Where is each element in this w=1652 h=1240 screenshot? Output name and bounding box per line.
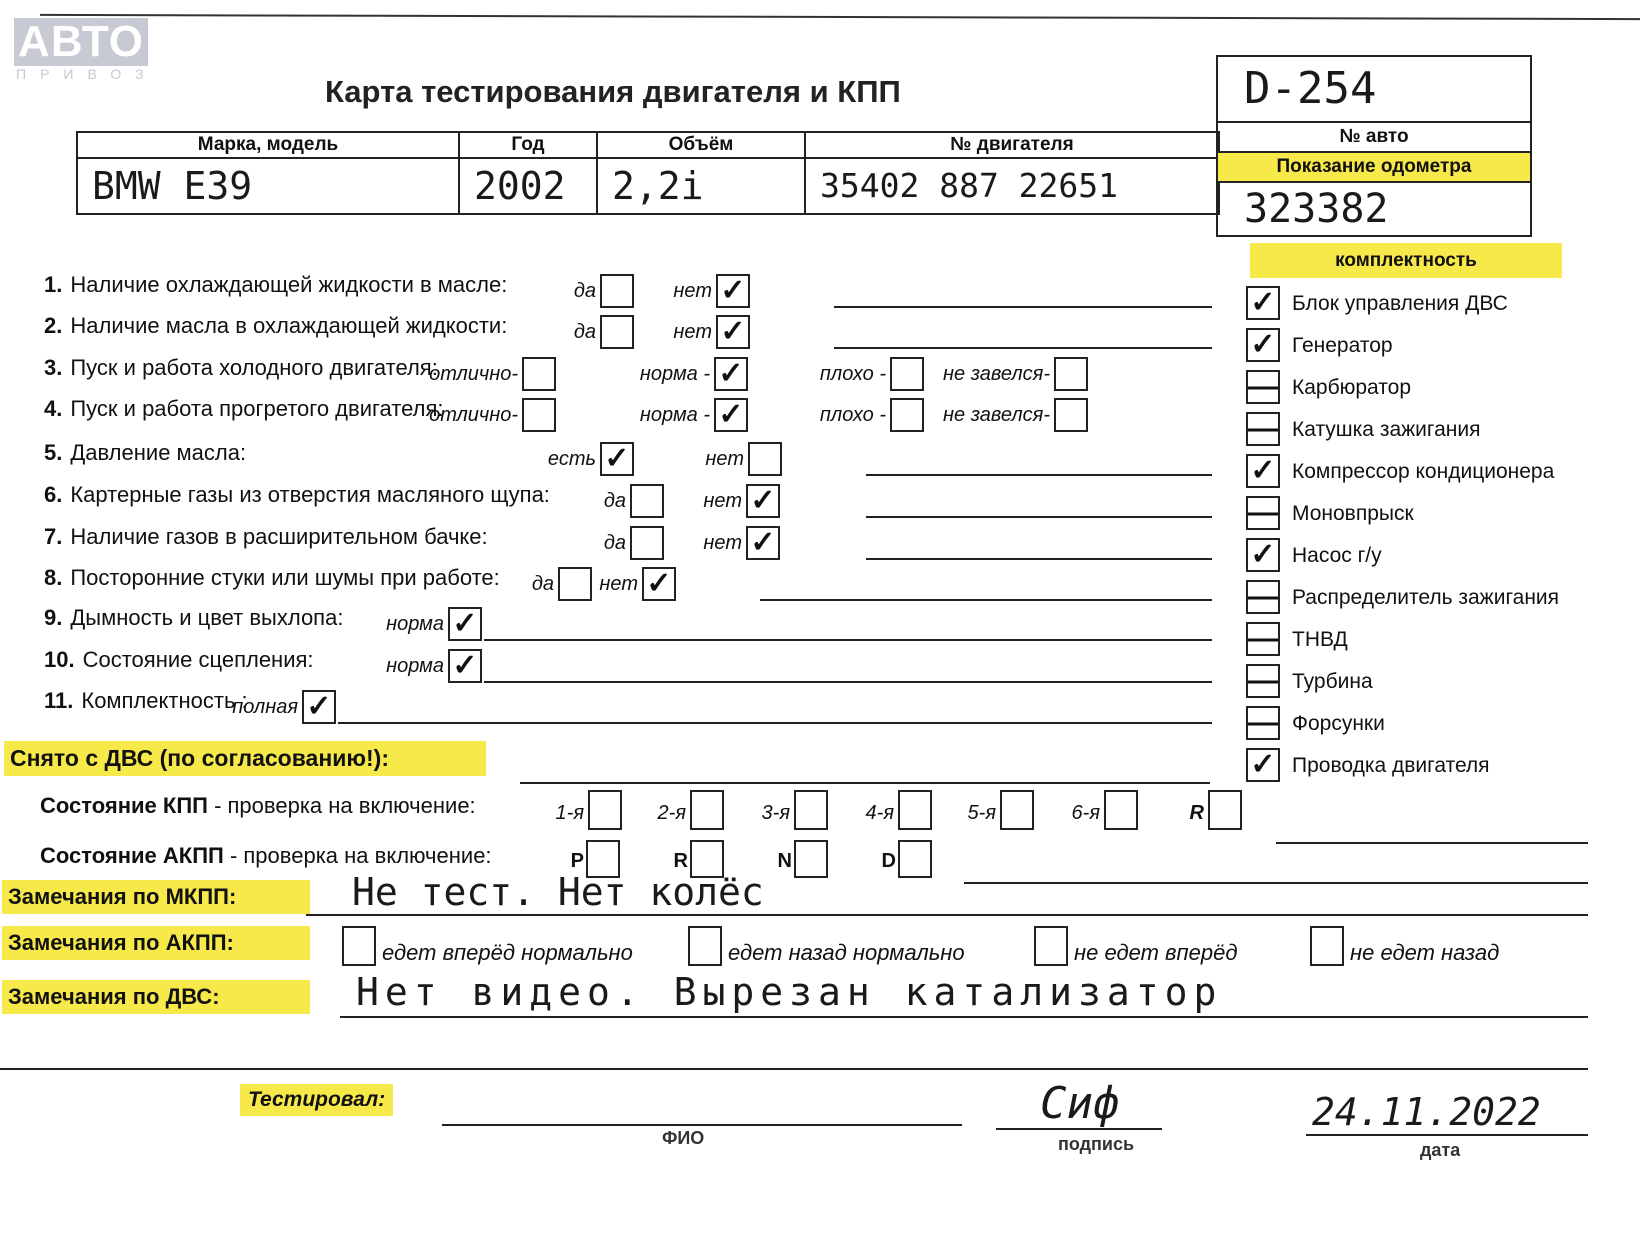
gear-checkbox[interactable] — [1000, 790, 1034, 830]
kit-item-label: ТНВД — [1292, 628, 1348, 652]
akpp-remark-checkbox[interactable] — [342, 926, 376, 966]
question-4: 4.Пуск и работа прогретого двигателя: — [44, 396, 443, 422]
dash-icon: — — [1248, 580, 1278, 613]
akpp-remark-checkbox[interactable] — [1310, 926, 1344, 966]
check-icon: ✓ — [720, 315, 745, 348]
question-9: 9.Дымность и цвет выхлопа: — [44, 605, 343, 631]
checkbox-checked[interactable]: ✓ — [714, 357, 748, 391]
akpp-remark-checkbox[interactable] — [1034, 926, 1068, 966]
checkbox[interactable] — [890, 398, 924, 432]
option-label: не завелся- — [943, 363, 1050, 386]
checkbox-checked[interactable]: ✓ — [714, 398, 748, 432]
dash-icon: — — [1248, 706, 1278, 739]
option-label: да — [604, 490, 626, 513]
kpp-label-bold: Состояние КПП — [40, 793, 208, 818]
check-icon: ✓ — [1250, 328, 1275, 361]
kit-item-label: Проводка двигателя — [1292, 754, 1490, 778]
notes-line[interactable] — [866, 516, 1212, 518]
question-text: Состояние сцепления: — [83, 647, 314, 672]
question-text: Наличие масла в охлаждающей жидкости: — [70, 313, 507, 338]
question-number: 1. — [44, 272, 62, 297]
akpp-remark-label: едет вперёд нормально — [382, 940, 633, 966]
kit-checkbox[interactable]: ✓ — [1246, 286, 1280, 320]
question-5: 5.Давление масла: — [44, 440, 246, 466]
dvs-remarks-field[interactable]: Нет видео. Вырезан катализатор — [356, 970, 1222, 1014]
check-icon: ✓ — [750, 526, 775, 559]
option-label: да — [574, 321, 596, 344]
vehicle-info-table: Марка, модель Год Объём № двигателя BMW … — [76, 131, 1220, 215]
removed-label: Снято с ДВС (по согласованию!): — [4, 741, 486, 776]
question-number: 8. — [44, 565, 62, 590]
question-7: 7.Наличие газов в расширительном бачке: — [44, 524, 488, 550]
question-2: 2.Наличие масла в охлаждающей жидкости: — [44, 313, 507, 339]
checkbox[interactable] — [630, 526, 664, 560]
question-text: Картерные газы из отверстия масляного щу… — [70, 482, 550, 507]
kit-checkbox[interactable]: — — [1246, 664, 1280, 698]
removed-line[interactable] — [520, 782, 1210, 784]
option-label: отлично- — [429, 404, 518, 427]
akpp-mode-label: D — [882, 850, 896, 873]
checkbox-checked[interactable]: ✓ — [448, 649, 482, 683]
checkbox[interactable] — [1054, 357, 1088, 391]
check-icon: ✓ — [1250, 538, 1275, 571]
gear-label: 5-я — [968, 802, 996, 825]
kit-checkbox[interactable]: — — [1246, 706, 1280, 740]
kit-item-label: Карбюратор — [1292, 376, 1411, 400]
option-label: норма — [386, 613, 444, 636]
kit-item-label: Насос г/у — [1292, 544, 1382, 568]
question-number: 11. — [44, 688, 73, 713]
kit-checkbox[interactable]: — — [1246, 622, 1280, 656]
section-divider — [0, 1068, 1588, 1070]
mkpp-remarks-field[interactable]: Не тест. Нет колёс — [352, 870, 764, 914]
option-label: не завелся- — [943, 404, 1050, 427]
option-label: да — [532, 573, 554, 596]
notes-line[interactable] — [484, 681, 1212, 683]
mkpp-remarks-label: Замечания по МКПП: — [2, 880, 310, 914]
gear-label: 6-я — [1072, 802, 1100, 825]
question-text: Наличие охлаждающей жидкости в масле: — [70, 272, 507, 297]
checkbox[interactable] — [522, 398, 556, 432]
option-label: нет — [673, 321, 712, 344]
option-label: полная — [232, 696, 298, 719]
checkbox-checked[interactable]: ✓ — [746, 484, 780, 518]
question-text: Пуск и работа холодного двигателя: — [70, 355, 437, 380]
odometer-label: Показание одометра — [1218, 153, 1530, 183]
date-label: дата — [1420, 1140, 1460, 1161]
kit-checkbox[interactable]: — — [1246, 496, 1280, 530]
option-label: да — [574, 280, 596, 303]
akpp-label: Состояние АКПП - проверка на включение: — [40, 843, 492, 869]
date-field[interactable]: 24.11.2022 — [1312, 1090, 1541, 1134]
check-icon: ✓ — [452, 607, 477, 640]
checkbox[interactable] — [748, 442, 782, 476]
option-label: плохо - — [820, 404, 886, 427]
notes-line[interactable] — [866, 558, 1212, 560]
model-field[interactable]: BMW E39 — [77, 158, 459, 214]
checkbox[interactable] — [630, 484, 664, 518]
engine-number-header: № двигателя — [805, 132, 1219, 158]
date-line — [1306, 1134, 1588, 1136]
kit-item-label: Генератор — [1292, 334, 1393, 358]
option-label: да — [604, 532, 626, 555]
checkbox[interactable] — [522, 357, 556, 391]
akpp-remarks-label: Замечания по АКПП: — [2, 926, 310, 960]
checkbox[interactable] — [1054, 398, 1088, 432]
question-text: Наличие газов в расширительном бачке: — [70, 524, 487, 549]
question-number: 9. — [44, 605, 62, 630]
akpp-remark-label: не едет назад — [1350, 940, 1499, 966]
option-label: нет — [703, 490, 742, 513]
kit-checkbox[interactable]: ✓ — [1246, 748, 1280, 782]
dvs-remarks-label: Замечания по ДВС: — [2, 980, 310, 1014]
akpp-line[interactable] — [964, 882, 1588, 884]
question-number: 3. — [44, 355, 62, 380]
gear-label: 2-я — [658, 802, 686, 825]
odometer-field[interactable]: 323382 — [1218, 183, 1530, 235]
check-icon: ✓ — [720, 274, 745, 307]
model-header: Марка, модель — [77, 132, 459, 158]
year-field[interactable]: 2002 — [459, 158, 597, 214]
car-number-field[interactable]: D-254 — [1218, 57, 1530, 123]
akpp-remark-label: не едет вперёд — [1074, 940, 1238, 966]
volume-header: Объём — [597, 132, 805, 158]
check-icon: ✓ — [1250, 748, 1275, 781]
checkbox-checked[interactable]: ✓ — [600, 442, 634, 476]
signature-field[interactable]: Сиф — [1040, 1078, 1119, 1129]
brand-logo-sub: ПРИВОЗ — [16, 66, 158, 82]
kit-item-label: Форсунки — [1292, 712, 1385, 736]
option-label: норма - — [640, 404, 710, 427]
top-divider — [40, 14, 1640, 20]
fio-label: ФИО — [662, 1128, 704, 1149]
gear-checkbox[interactable] — [588, 790, 622, 830]
checkbox[interactable] — [558, 567, 592, 601]
option-label: плохо - — [820, 363, 886, 386]
car-number-label: № авто — [1218, 123, 1530, 153]
question-text: Давление масла: — [70, 440, 246, 465]
kit-checkbox[interactable]: ✓ — [1246, 538, 1280, 572]
checkbox-checked[interactable]: ✓ — [642, 567, 676, 601]
gear-label: 3-я — [762, 802, 790, 825]
question-number: 7. — [44, 524, 62, 549]
kit-checkbox[interactable]: ✓ — [1246, 454, 1280, 488]
check-icon: ✓ — [604, 442, 629, 475]
notes-line[interactable] — [484, 639, 1212, 641]
check-icon: ✓ — [452, 649, 477, 682]
kit-item-label: Компрессор кондиционера — [1292, 460, 1554, 484]
check-icon: ✓ — [750, 484, 775, 517]
check-icon: ✓ — [718, 357, 743, 390]
kit-item-label: Катушка зажигания — [1292, 418, 1480, 442]
akpp-mode-label: N — [778, 850, 792, 873]
question-10: 10.Состояние сцепления: — [44, 647, 314, 673]
akpp-remark-label: едет назад нормально — [728, 940, 965, 966]
checkbox-checked[interactable]: ✓ — [716, 274, 750, 308]
kit-item-label: Моновпрыск — [1292, 502, 1414, 526]
question-number: 10. — [44, 647, 75, 672]
kit-item-label: Распределитель зажигания — [1292, 586, 1559, 610]
question-1: 1.Наличие охлаждающей жидкости в масле: — [44, 272, 507, 298]
option-label: отлично- — [429, 363, 518, 386]
dash-icon: — — [1248, 664, 1278, 697]
kpp-label: Состояние КПП - проверка на включение: — [40, 793, 476, 819]
signature-line — [996, 1128, 1162, 1130]
notes-line[interactable] — [834, 347, 1212, 349]
checkbox[interactable] — [890, 357, 924, 391]
dash-icon: — — [1248, 622, 1278, 655]
kit-checkbox[interactable]: ✓ — [1246, 328, 1280, 362]
akpp-label-bold: Состояние АКПП — [40, 843, 224, 868]
kit-item-label: Блок управления ДВС — [1292, 292, 1508, 316]
kit-checkbox[interactable]: — — [1246, 580, 1280, 614]
akpp-remark-checkbox[interactable] — [688, 926, 722, 966]
kit-checkbox[interactable]: — — [1246, 412, 1280, 446]
dash-icon: — — [1248, 496, 1278, 529]
page-title: Карта тестирования двигателя и КПП — [325, 74, 901, 110]
checkbox-checked[interactable]: ✓ — [302, 690, 336, 724]
notes-line[interactable] — [338, 722, 1212, 724]
checkbox-checked[interactable]: ✓ — [448, 607, 482, 641]
check-icon: ✓ — [646, 567, 671, 600]
kit-item-label: Турбина — [1292, 670, 1373, 694]
mkpp-remarks-line — [306, 914, 1588, 916]
check-icon: ✓ — [1250, 454, 1275, 487]
check-icon: ✓ — [718, 398, 743, 431]
question-number: 5. — [44, 440, 62, 465]
checkbox-checked[interactable]: ✓ — [746, 526, 780, 560]
notes-line[interactable] — [834, 306, 1212, 308]
kit-title: комплектность — [1250, 243, 1562, 278]
volume-field[interactable]: 2,2i — [597, 158, 805, 214]
check-icon: ✓ — [1250, 286, 1275, 319]
question-text: Комплектность : — [81, 688, 247, 713]
checkbox[interactable] — [600, 315, 634, 349]
dash-icon: — — [1248, 370, 1278, 403]
brand-logo: АВТО — [14, 18, 148, 66]
question-6: 6.Картерные газы из отверстия масляного … — [44, 482, 550, 508]
car-id-box: D-254 № авто Показание одометра 323382 — [1216, 55, 1532, 237]
question-number: 2. — [44, 313, 62, 338]
gear-checkbox[interactable] — [898, 790, 932, 830]
question-3: 3.Пуск и работа холодного двигателя: — [44, 355, 438, 381]
checkbox-checked[interactable]: ✓ — [716, 315, 750, 349]
check-icon: ✓ — [306, 690, 331, 723]
gear-checkbox[interactable] — [1104, 790, 1138, 830]
dash-icon: — — [1248, 412, 1278, 445]
kpp-line[interactable] — [1276, 842, 1588, 844]
question-number: 6. — [44, 482, 62, 507]
gear-checkbox[interactable] — [1208, 790, 1242, 830]
kit-checkbox[interactable]: — — [1246, 370, 1280, 404]
notes-line[interactable] — [760, 599, 1212, 601]
year-header: Год — [459, 132, 597, 158]
question-text: Пуск и работа прогретого двигателя: — [70, 396, 443, 421]
option-label: норма - — [640, 363, 710, 386]
notes-line[interactable] — [866, 474, 1212, 476]
akpp-label-rest: - проверка на включение: — [224, 843, 492, 868]
option-label: есть — [548, 448, 596, 471]
tested-by-label: Тестировал: — [240, 1084, 393, 1116]
option-label: нет — [705, 448, 744, 471]
checkbox[interactable] — [600, 274, 634, 308]
engine-number-field[interactable]: 35402 887 22651 — [805, 158, 1219, 214]
gear-checkbox[interactable] — [794, 790, 828, 830]
akpp-mode-checkbox[interactable] — [794, 840, 828, 878]
fio-line[interactable] — [442, 1124, 962, 1126]
question-number: 4. — [44, 396, 62, 421]
question-text: Посторонние стуки или шумы при работе: — [70, 565, 499, 590]
question-11: 11.Комплектность : — [44, 688, 248, 714]
gear-checkbox[interactable] — [690, 790, 724, 830]
kpp-label-rest: - проверка на включение: — [208, 793, 476, 818]
option-label: нет — [673, 280, 712, 303]
option-label: нет — [703, 532, 742, 555]
signature-label: подпись — [1058, 1134, 1134, 1155]
gear-label: 4-я — [866, 802, 894, 825]
question-8: 8.Посторонние стуки или шумы при работе: — [44, 565, 500, 591]
akpp-mode-checkbox[interactable] — [898, 840, 932, 878]
option-label: нет — [599, 573, 638, 596]
dvs-remarks-line — [340, 1016, 1588, 1018]
gear-label: R — [1190, 802, 1204, 825]
option-label: норма — [386, 655, 444, 678]
gear-label: 1-я — [556, 802, 584, 825]
question-text: Дымность и цвет выхлопа: — [70, 605, 343, 630]
